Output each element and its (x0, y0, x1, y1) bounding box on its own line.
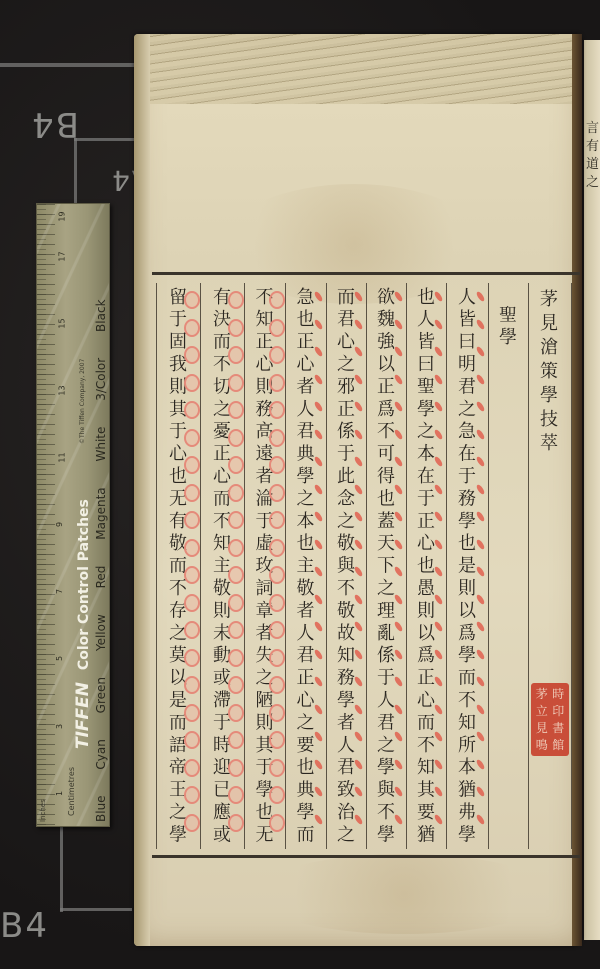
red-annotation-mark (269, 429, 285, 447)
ruler-cm-numbers: 1 3 5 7 9 11 13 15 17 19 (57, 204, 71, 826)
red-annotation-mark (228, 759, 244, 777)
red-annotation-mark (228, 401, 244, 419)
red-annotation-mark (228, 621, 244, 639)
red-annotation-mark (269, 594, 285, 612)
red-annotation-mark (184, 814, 200, 832)
red-annotation-mark (184, 319, 200, 337)
title-column: 茅見滄策學技萃 (528, 283, 572, 849)
red-annotation-mark (184, 759, 200, 777)
worn-top-edge (144, 34, 576, 104)
red-annotation-mark (269, 401, 285, 419)
red-annotation-mark (269, 814, 285, 832)
red-annotation-mark (184, 291, 200, 309)
red-annotation-mark (184, 429, 200, 447)
board-guide-line (74, 138, 77, 208)
red-annotation-mark (184, 649, 200, 667)
red-annotation-mark (228, 374, 244, 392)
red-annotation-mark (269, 731, 285, 749)
red-annotation-mark (228, 511, 244, 529)
red-annotation-mark (228, 484, 244, 502)
red-annotation-mark (269, 566, 285, 584)
red-annotation-mark (228, 456, 244, 474)
ruler-brand: TIFFEN Color Control Patches (73, 499, 93, 749)
text-block-frame: 茅見滄策學技萃 聖學 人皆曰明君之急在于務學也是則以爲學而不知所本猶弗學 也人皆… (152, 272, 580, 858)
ruler-copyright: ©The Tiffen Company, 2007 (79, 359, 86, 444)
collector-seal: 茅 時 立 印 見 書 鳴 館 (531, 683, 569, 756)
board-guide-line (60, 826, 63, 912)
ruler-product-name: Color Control Patches (76, 499, 92, 670)
section-heading: 聖學 (499, 305, 519, 349)
ruler-unit-cm: Centimetres (67, 767, 76, 816)
book-title: 茅見滄策學技萃 (540, 289, 560, 457)
red-annotation-mark (228, 786, 244, 804)
ruler-color-names: Blue Cyan Green Yellow Red Magenta White… (94, 299, 108, 822)
red-annotation-mark (184, 456, 200, 474)
board-label-b4-top: B4 (30, 104, 79, 144)
red-annotation-mark (184, 484, 200, 502)
red-annotation-mark (269, 759, 285, 777)
red-annotation-mark (228, 594, 244, 612)
ruler-brand-name: TIFFEN (73, 682, 93, 749)
red-annotation-mark (269, 511, 285, 529)
red-annotation-mark (269, 621, 285, 639)
red-annotation-mark (228, 429, 244, 447)
board-guide-line (0, 63, 150, 67)
red-annotation-mark (184, 401, 200, 419)
red-annotation-mark (228, 566, 244, 584)
color-control-ruler: 1 3 5 7 9 11 13 15 17 19 Inches Centimet… (36, 203, 110, 827)
red-annotation-mark (184, 566, 200, 584)
red-annotation-mark (269, 456, 285, 474)
heading-column: 聖學 (488, 283, 529, 849)
board-label-b4-bottom: B4 (0, 906, 49, 946)
facing-page-characters: 言有道之 (586, 120, 600, 192)
red-annotation-mark (269, 539, 285, 557)
facing-page-edge: 言有道之 (584, 40, 600, 940)
red-annotation-mark (184, 594, 200, 612)
red-annotation-mark (269, 374, 285, 392)
book-left-edge (134, 34, 150, 946)
red-annotation-mark (228, 814, 244, 832)
red-annotation-mark (269, 291, 285, 309)
red-annotation-mark (228, 649, 244, 667)
red-annotation-mark (269, 484, 285, 502)
red-annotation-mark (228, 731, 244, 749)
red-annotation-mark (184, 676, 200, 694)
red-annotation-mark (269, 346, 285, 364)
water-stain (254, 854, 554, 934)
ruler-unit-inches: Inches (39, 799, 47, 822)
red-annotation-mark (184, 511, 200, 529)
red-annotation-mark (269, 786, 285, 804)
board-guide-line (60, 908, 132, 911)
red-annotation-mark (228, 346, 244, 364)
red-annotation-mark (228, 539, 244, 557)
red-annotation-mark (184, 346, 200, 364)
red-annotation-mark (228, 676, 244, 694)
red-annotation-mark (269, 319, 285, 337)
red-annotation-mark (269, 649, 285, 667)
red-annotation-mark (184, 539, 200, 557)
red-annotation-mark (228, 704, 244, 722)
red-annotation-mark (228, 319, 244, 337)
red-annotation-mark (269, 676, 285, 694)
red-annotation-mark (184, 704, 200, 722)
red-annotation-mark (184, 621, 200, 639)
red-annotation-mark (269, 704, 285, 722)
red-annotation-mark (184, 731, 200, 749)
red-annotation-mark (184, 374, 200, 392)
red-annotation-mark (184, 786, 200, 804)
red-annotation-mark (228, 291, 244, 309)
